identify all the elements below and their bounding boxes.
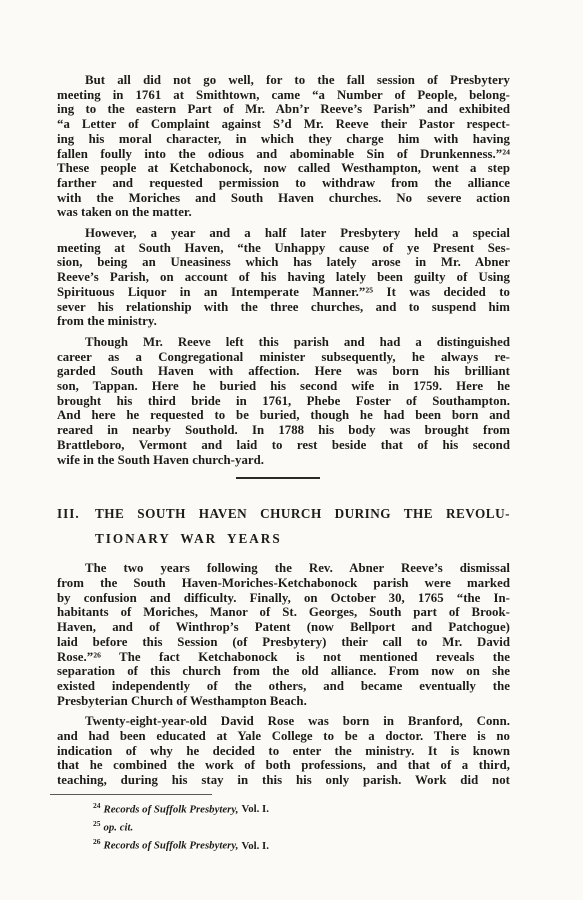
section-number: III. — [57, 501, 95, 551]
text-line: fallen foully into the odious and abomin… — [57, 147, 510, 162]
footnote-marker: 26 — [93, 837, 101, 846]
footnotes: 24Records of Suffolk Presbytery,Vol. I. … — [93, 799, 510, 853]
text-line: sion, being an Uneasiness which has late… — [57, 255, 510, 270]
footnote-separator — [50, 794, 212, 795]
paragraph: However, a year and a half later Presbyt… — [57, 226, 510, 329]
text-line: and had been educated at Yale College to… — [57, 729, 510, 744]
text-column: But all did not go well, for to the fall… — [57, 73, 510, 853]
footnote: 25op. cit. — [93, 817, 510, 835]
text-line: career as a Congregational minister subs… — [57, 350, 510, 365]
text-line: that he combined the work of both profes… — [57, 758, 510, 773]
text-line: existed independently of the others, and… — [57, 679, 510, 694]
text-line: meeting at South Haven, “the Unhappy cau… — [57, 241, 510, 256]
footnote-marker: 25 — [93, 819, 101, 828]
text-line: reared in nearby Southold. In 1788 his b… — [57, 423, 510, 438]
text-line: Haven, and of Winthrop’s Patent (now Bel… — [57, 620, 510, 635]
text-line: wife in the South Haven church-yard. — [57, 453, 510, 468]
text-line: Brattleboro, Vermont and laid to rest be… — [57, 438, 510, 453]
text-line: meeting in 1761 at Smithtown, came “a Nu… — [57, 88, 510, 103]
text-line: from the ministry. — [57, 314, 510, 329]
paragraph: But all did not go well, for to the fall… — [57, 73, 510, 220]
text-line: teaching, during his stay in this his on… — [57, 773, 510, 788]
footnote-title: Records of Suffolk Presbytery, — [104, 840, 239, 852]
section-title-line: TIONARY WAR YEARS — [95, 526, 510, 551]
text-line: These people at Ketchabonock, now called… — [57, 161, 510, 176]
footnote-volume: Vol. I. — [241, 803, 269, 815]
text-line: ing his moral character, in which they c… — [57, 132, 510, 147]
text-line: Presbyterian Church of Westhampton Beach… — [57, 694, 510, 709]
paragraph: The two years following the Rev. Abner R… — [57, 561, 510, 708]
paragraph: Twenty-eight-year-old David Rose was bor… — [57, 714, 510, 788]
text-line: habitants of Moriches, Manor of St. Geor… — [57, 605, 510, 620]
section-divider — [236, 477, 320, 479]
text-line: However, a year and a half later Presbyt… — [57, 226, 510, 241]
text-line: with the Moriches and South Haven church… — [57, 191, 510, 206]
footnote-marker: 24 — [93, 801, 101, 810]
text-line: laid before this Session (of Presbytery)… — [57, 635, 510, 650]
text-line: by confusion and difficulty. Finally, on… — [57, 591, 510, 606]
text-line: from the South Haven-Moriches-Ketchabono… — [57, 576, 510, 591]
text-line: sever his relationship with the three ch… — [57, 300, 510, 315]
section-heading: III. THE SOUTH HAVEN CHURCH DURING THE R… — [57, 501, 510, 551]
text-line: But all did not go well, for to the fall… — [57, 73, 510, 88]
footnote-title: Records of Suffolk Presbytery, — [104, 803, 239, 815]
book-page: But all did not go well, for to the fall… — [0, 0, 583, 900]
text-line: son, Tappan. Here he buried his second w… — [57, 379, 510, 394]
text-line: was taken on the matter. — [57, 205, 510, 220]
footnote-title: op. cit. — [104, 822, 134, 834]
text-line: farther and requested permission to with… — [57, 176, 510, 191]
text-line: Spirituous Liquor in an Intemperate Mann… — [57, 285, 510, 300]
text-line: Though Mr. Reeve left this parish and ha… — [57, 335, 510, 350]
text-line: Reeve’s Parish, on account of his having… — [57, 270, 510, 285]
footnote-volume: Vol. I. — [241, 840, 269, 852]
text-line: “a Letter of Complaint against S’d Mr. R… — [57, 117, 510, 132]
section-title-line: THE SOUTH HAVEN CHURCH DURING THE REVOLU… — [95, 501, 510, 526]
text-line: garded South Haven with affection. Here … — [57, 364, 510, 379]
text-line: indication of why he decided to enter th… — [57, 744, 510, 759]
paragraph: Though Mr. Reeve left this parish and ha… — [57, 335, 510, 467]
text-line: ing to the eastern Part of Mr. Abn’r Ree… — [57, 102, 510, 117]
text-line: Rose.”²⁶ The fact Ketchabonock is not me… — [57, 650, 510, 665]
footnote: 26Records of Suffolk Presbytery,Vol. I. — [93, 835, 510, 853]
text-line: brought his third bride in 1761, Phebe F… — [57, 394, 510, 409]
footnote: 24Records of Suffolk Presbytery,Vol. I. — [93, 799, 510, 817]
text-line: Twenty-eight-year-old David Rose was bor… — [57, 714, 510, 729]
text-line: And here he requested to be buried, thou… — [57, 408, 510, 423]
text-line: separation of this church from the old a… — [57, 664, 510, 679]
text-line: The two years following the Rev. Abner R… — [57, 561, 510, 576]
